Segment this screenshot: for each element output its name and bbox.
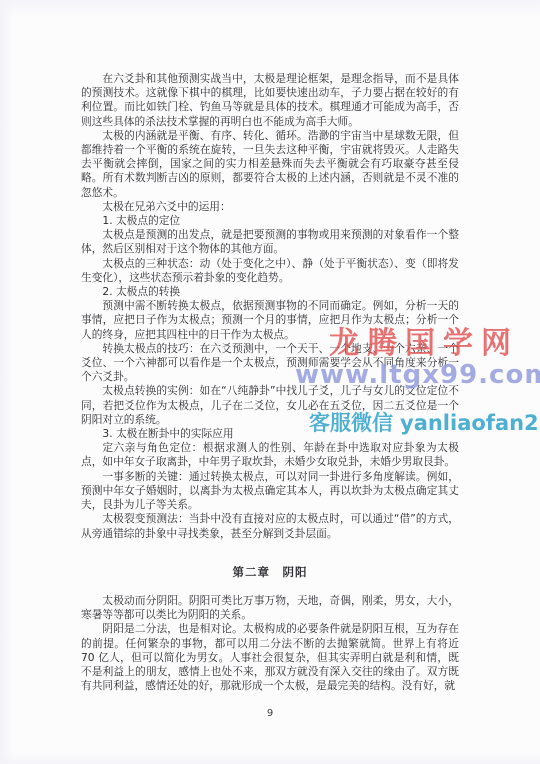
section-taiji: 在六爻卦和其他预测实战当中，太极是理论框架，是理念指导，而不是具体的预测技术。这… bbox=[81, 72, 459, 541]
paragraph: 3. 太极在断卦中的实际应用 bbox=[81, 427, 459, 441]
paragraph: 在六爻卦和其他预测实战当中，太极是理论框架，是理念指导，而不是具体的预测技术。这… bbox=[81, 72, 459, 129]
book-page: 在六爻卦和其他预测实战当中，太极是理论框架，是理念指导，而不是具体的预测技术。这… bbox=[0, 0, 540, 764]
section-yinyang: 太极动而分阴阳。阴阳可类比万事万物，天地，奇偶，刚柔，男女，大小，寒暑等等都可以… bbox=[81, 594, 459, 693]
chapter-heading: 第二章 阴阳 bbox=[81, 565, 459, 579]
paragraph: 预测中需不断转换太极点，依据预测事物的不同而确定。例如，分析一天的事情，应把日子… bbox=[81, 299, 459, 342]
page-number: 9 bbox=[81, 707, 459, 721]
paragraph: 太极在兄弟六爻中的运用： bbox=[81, 200, 459, 214]
paragraph: 太极点转换的实例：如在“八纯静卦”中找儿子爻，儿子与女儿的爻位定位不同，若把爻位… bbox=[81, 384, 459, 427]
page-content: 在六爻卦和其他预测实战当中，太极是理论框架，是理念指导，而不是具体的预测技术。这… bbox=[81, 72, 459, 722]
paragraph: 1. 太极点的定位 bbox=[81, 214, 459, 228]
paragraph: 一事多断的关键：通过转换太极点，可以对同一卦进行多角度解读。例如，预测中年女子婚… bbox=[81, 470, 459, 513]
paragraph: 定六亲与角色定位：根据求测人的性别、年龄在卦中选取对应卦象为太极点，如中年女子取… bbox=[81, 441, 459, 469]
paragraph: 太极点的三种状态：动（处于变化之中）、静（处于平衡状态）、变（即将发生变化），这… bbox=[81, 257, 459, 285]
paragraph: 太极裂变预测法：当卦中没有直接对应的太极点时，可以通过“借”的方式，从旁通错综的… bbox=[81, 512, 459, 540]
paragraph: 太极点是预测的出发点，就是把要预测的事物或用来预测的对象看作一个整体，然后区别相… bbox=[81, 228, 459, 256]
paragraph: 太极的内涵就是平衡、有序、转化、循环。浩渺的宇宙当中星球数无限，但都维持着一个平… bbox=[81, 129, 459, 200]
paragraph: 转换太极点的技巧：在六爻预测中，一个天干、一个地支、一个六亲、一个爻位、一个六神… bbox=[81, 342, 459, 385]
paragraph: 阴阳是二分法，也是相对论。太极构成的必要条件就是阴阳互根，互为存在的前提。任何繁… bbox=[81, 622, 459, 693]
paragraph: 太极动而分阴阳。阴阳可类比万事万物，天地，奇偶，刚柔，男女，大小，寒暑等等都可以… bbox=[81, 594, 459, 622]
paragraph: 2. 太极点的转换 bbox=[81, 285, 459, 299]
